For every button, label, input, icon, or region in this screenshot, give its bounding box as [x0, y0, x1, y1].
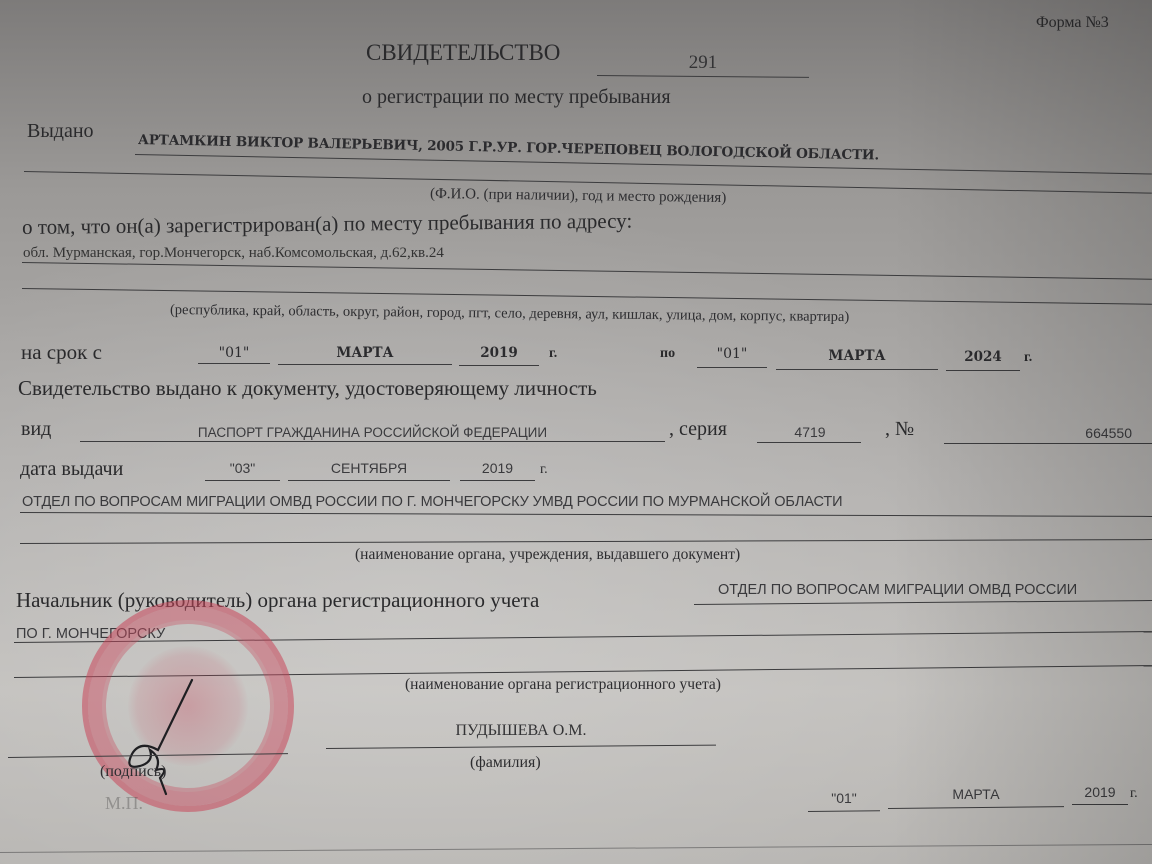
doc-issuer-line	[20, 512, 1152, 517]
doc-issue-day-line	[205, 480, 280, 481]
doc-issuer-caption: (наименование органа, учреждения, выдавш…	[355, 546, 740, 564]
identity-doc-heading: Свидетельство выдано к документу, удосто…	[18, 376, 597, 401]
registrar-value-line1: ОТДЕЛ ПО ВОПРОСАМ МИГРАЦИИ ОМВД РОССИИ	[718, 582, 1077, 598]
address-label: о том, что он(а) зарегистрирован(а) по м…	[22, 209, 633, 240]
term-to-day: "01"	[697, 346, 767, 362]
term-from-label: на срок с	[21, 340, 102, 365]
surname-caption: (фамилия)	[470, 754, 541, 772]
doc-type-label: вид	[21, 418, 51, 441]
issued-to-caption: (Ф.И.О. (при наличии), год и место рожде…	[430, 186, 726, 207]
certificate-number: 291	[600, 52, 806, 74]
issued-to-value: АРТАМКИН ВИКТОР ВАЛЕРЬЕВИЧ, 2005 Г.Р.УР.…	[138, 132, 879, 164]
term-from-day-line	[198, 363, 270, 364]
doc-series-line	[757, 442, 861, 443]
doc-issue-year-line	[460, 480, 535, 481]
doc-series-label: , серия	[669, 418, 727, 441]
issue-month: МАРТА	[888, 786, 1064, 802]
issue-day: "01"	[808, 790, 880, 806]
term-from-month: МАРТА	[278, 345, 452, 361]
term-from-year-line	[459, 365, 539, 366]
doc-issue-year: 2019	[460, 460, 535, 476]
term-from-year-suffix: г.	[549, 346, 557, 362]
issued-to-label: Выдано	[27, 120, 94, 143]
term-to-year: 2024	[946, 349, 1020, 365]
term-to-label: по	[660, 346, 675, 362]
term-from-day: "01"	[198, 345, 270, 361]
doc-issue-month: СЕНТЯБРЯ	[288, 460, 450, 476]
certificate-number-line	[597, 75, 809, 78]
term-to-month: МАРТА	[776, 348, 938, 364]
doc-issue-year-suffix: г.	[540, 462, 548, 478]
registrar-label: Начальник (руководитель) органа регистра…	[16, 588, 539, 613]
doc-issue-month-line	[288, 480, 450, 481]
term-to-month-line	[776, 369, 938, 370]
term-from-year: 2019	[459, 345, 539, 361]
issue-date-label: дата выдачи	[20, 458, 123, 481]
surname-value: ПУДЫШЕВА О.М.	[328, 722, 714, 740]
form-number: Форма №3	[1036, 14, 1109, 32]
issue-year-suffix: г.	[1130, 786, 1138, 802]
address-caption: (республика, край, область, округ, район…	[170, 302, 849, 326]
registrar-caption: (наименование органа регистрационного уч…	[405, 676, 721, 694]
certificate-document: Форма №3 СВИДЕТЕЛЬСТВО 291 о регистрации…	[0, 0, 1152, 864]
doc-number-line	[944, 443, 1152, 444]
bottom-fold-line	[0, 844, 1152, 853]
registrar-line	[694, 600, 1152, 605]
doc-number-label: , №	[885, 418, 914, 441]
address-line	[22, 262, 1152, 280]
address-value: обл. Мурманская, гор.Мончегорск, наб.Ком…	[23, 245, 444, 262]
issue-month-line	[888, 806, 1064, 809]
doc-type-value: ПАСПОРТ ГРАЖДАНИНА РОССИЙСКОЙ ФЕДЕРАЦИИ	[80, 425, 665, 440]
seal-mark: М.П.	[105, 793, 143, 814]
term-from-month-line	[278, 364, 452, 365]
doc-issuer-value: ОТДЕЛ ПО ВОПРОСАМ МИГРАЦИИ ОМВД РОССИИ П…	[22, 494, 842, 510]
issue-year-line	[1072, 804, 1128, 805]
document-subtitle: о регистрации по месту пребывания	[362, 86, 671, 109]
signature-caption: (подпись)	[100, 763, 166, 781]
term-to-day-line	[697, 367, 767, 368]
term-to-year-suffix: г.	[1024, 350, 1032, 366]
doc-series-value: 4719	[760, 424, 860, 440]
term-to-year-line	[946, 370, 1020, 371]
issue-year: 2019	[1072, 784, 1128, 800]
issue-day-line	[808, 810, 880, 812]
doc-issuer-line-2	[20, 539, 1152, 544]
doc-type-line	[80, 441, 665, 442]
doc-issue-day: "03"	[205, 460, 280, 476]
document-title: СВИДЕТЕЛЬСТВО	[366, 40, 560, 66]
doc-number-value: 664550	[960, 425, 1152, 441]
surname-line	[326, 745, 716, 749]
